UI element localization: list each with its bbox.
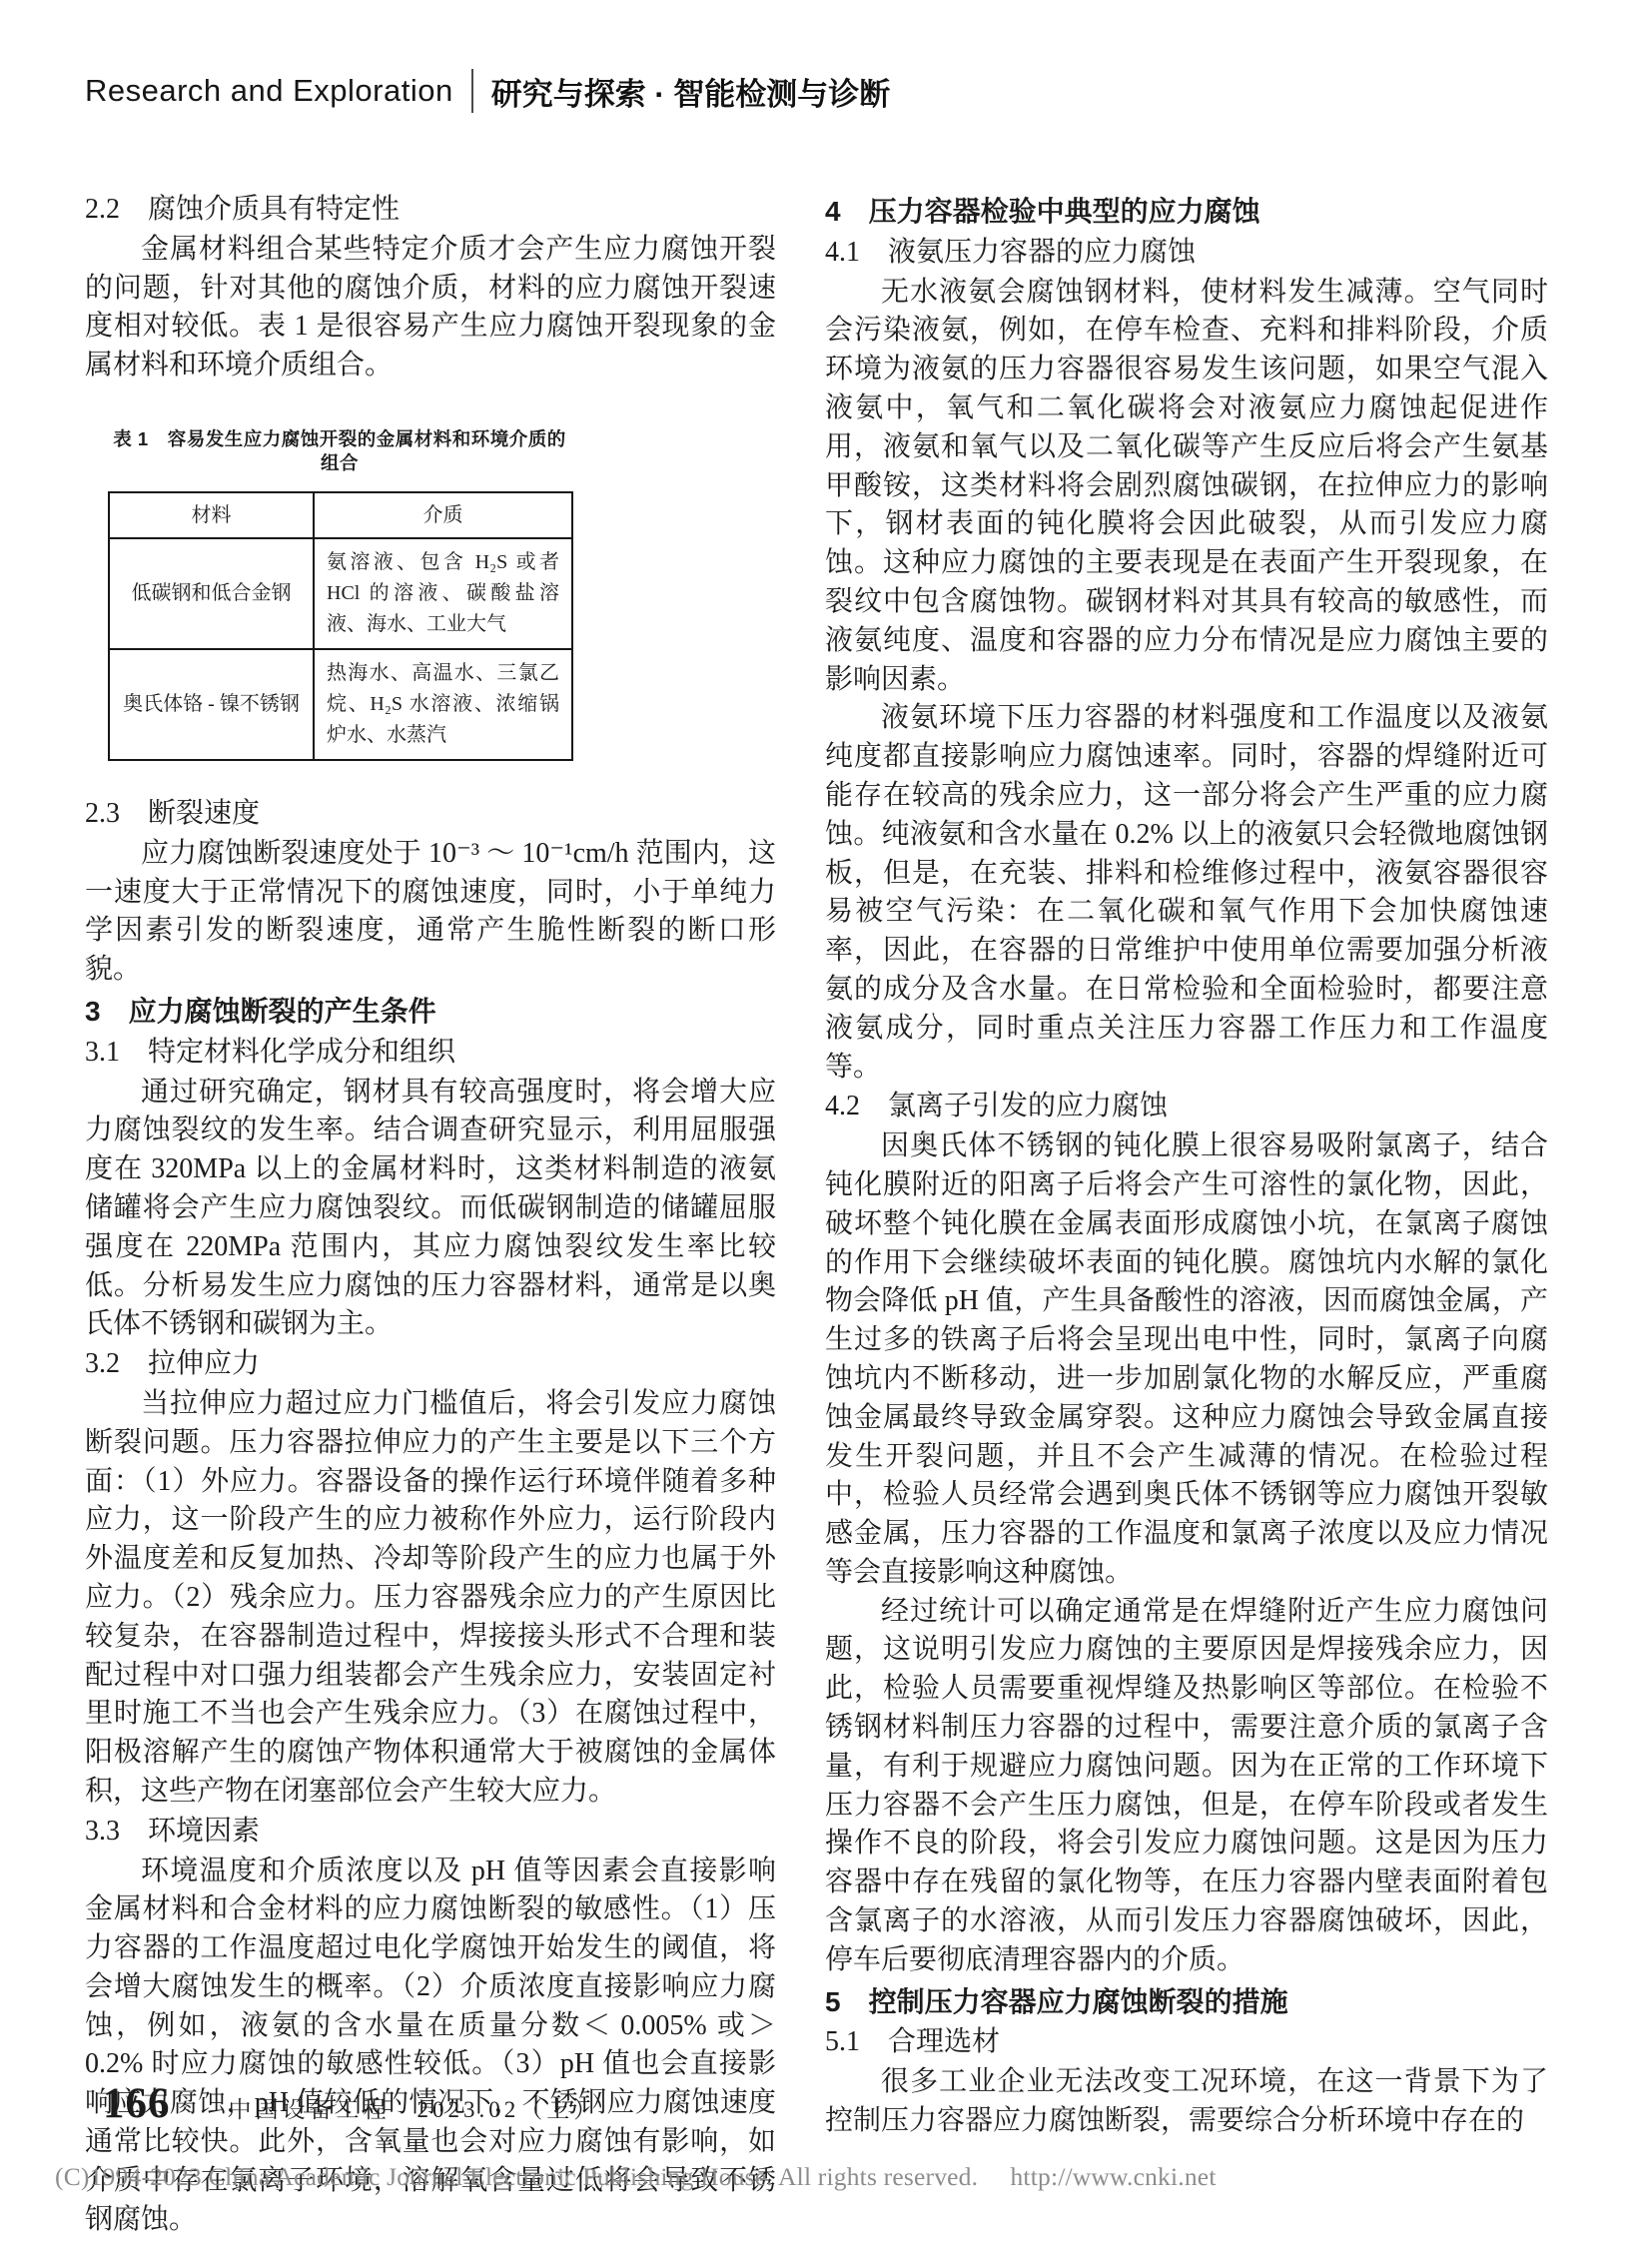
page-header: Research and Exploration 研究与探索 · 智能检测与诊断 bbox=[85, 66, 890, 116]
journal-name-en: Research and Exploration bbox=[85, 73, 453, 109]
table-col-medium: 介质 bbox=[314, 492, 572, 538]
paragraph-2-3: 应力腐蚀断裂速度处于 10⁻³ ～ 10⁻¹cm/h 范围内，这一速度大于正常情… bbox=[85, 835, 776, 990]
heading-2-3: 2.3 断裂速度 bbox=[85, 795, 776, 834]
paragraph-4-1a: 无水液氨会腐蚀钢材料，使材料发生减薄。空气同时会污染液氨，例如，在停车检查、充料… bbox=[825, 274, 1548, 700]
paragraph-4-2b: 经过统计可以确定通常是在焊缝附近产生应力腐蚀问题，这说明引发应力腐蚀的主要原因是… bbox=[825, 1593, 1548, 1980]
heading-3-2: 3.2 拉伸应力 bbox=[85, 1345, 776, 1384]
left-column: 2.2 腐蚀介质具有特定性 金属材料组合某些特定介质才会产生应力腐蚀开裂的问题，… bbox=[85, 190, 776, 2239]
heading-4: 4 压力容器检验中典型的应力腐蚀 bbox=[825, 193, 1548, 232]
heading-3-3: 3.3 环境因素 bbox=[85, 1813, 776, 1852]
copyright-notice: (C)1994-2023 China Academic Journal Elec… bbox=[55, 2157, 1217, 2193]
paragraph-3-1: 通过研究确定，钢材具有较高强度时，将会增大应力腐蚀裂纹的发生率。结合调查研究显示… bbox=[85, 1074, 776, 1345]
page-footer: 166 中国设备工程 2023.02（上） bbox=[103, 2079, 600, 2128]
heading-5-1: 5.1 合理选材 bbox=[825, 2023, 1548, 2062]
page-number: 166 bbox=[103, 2079, 171, 2128]
table-row: 奥氏体铬 - 镍不锈钢 热海水、高温水、三氯乙烷、H₂S 水溶液、浓缩锅炉水、水… bbox=[109, 649, 572, 760]
heading-4-2: 4.2 氯离子引发的应力腐蚀 bbox=[825, 1088, 1548, 1126]
table-col-material: 材料 bbox=[109, 492, 314, 538]
column-section-title: 研究与探索 · 智能检测与诊断 bbox=[491, 69, 891, 114]
paragraph-3-2: 当拉伸应力超过应力门槛值后，将会引发应力腐蚀断裂问题。压力容器拉伸应力的产生主要… bbox=[85, 1385, 776, 1812]
scanned-journal-page: Research and Exploration 研究与探索 · 智能检测与诊断… bbox=[0, 0, 1652, 2242]
table-1-title: 表 1 容易发生应力腐蚀开裂的金属材料和环境介质的组合 bbox=[108, 427, 571, 475]
heading-4-1: 4.1 液氨压力容器的应力腐蚀 bbox=[825, 234, 1548, 273]
heading-5: 5 控制压力容器应力腐蚀断裂的措施 bbox=[825, 1983, 1548, 2022]
heading-3-1: 3.1 特定材料化学成分和组织 bbox=[85, 1034, 776, 1073]
table-cell-material: 低碳钢和低合金钢 bbox=[109, 538, 314, 649]
paragraph-4-2a: 因奥氏体不锈钢的钝化膜上很容易吸附氯离子，结合钝化膜附近的阳离子后将会产生可溶性… bbox=[825, 1127, 1548, 1593]
header-divider bbox=[471, 69, 473, 113]
table-cell-medium: 氨溶液、包含 H₂S 或者 HCl 的溶液、碳酸盐溶液、海水、工业大气 bbox=[314, 538, 572, 649]
table-header-row: 材料 介质 bbox=[109, 492, 572, 538]
heading-2-2: 2.2 腐蚀介质具有特定性 bbox=[85, 191, 776, 230]
table-1: 材料 介质 低碳钢和低合金钢 氨溶液、包含 H₂S 或者 HCl 的溶液、碳酸盐… bbox=[108, 491, 573, 761]
table-cell-medium: 热海水、高温水、三氯乙烷、H₂S 水溶液、浓缩锅炉水、水蒸汽 bbox=[314, 649, 572, 760]
paragraph-4-1b: 液氨环境下压力容器的材料强度和工作温度以及液氨纯度都直接影响应力腐蚀速率。同时，… bbox=[825, 699, 1548, 1087]
paragraph-2-2: 金属材料组合某些特定介质才会产生应力腐蚀开裂的问题，针对其他的腐蚀介质，材料的应… bbox=[85, 231, 776, 385]
table-cell-material: 奥氏体铬 - 镍不锈钢 bbox=[109, 649, 314, 760]
journal-issue-label: 中国设备工程 2023.02（上） bbox=[229, 2091, 601, 2124]
paragraph-5-1: 很多工业企业无法改变工况环境，在这一背景下为了控制压力容器应力腐蚀断裂，需要综合… bbox=[825, 2063, 1548, 2141]
heading-3: 3 应力腐蚀断裂的产生条件 bbox=[85, 993, 776, 1032]
right-column: 4 压力容器检验中典型的应力腐蚀 4.1 液氨压力容器的应力腐蚀 无水液氨会腐蚀… bbox=[825, 190, 1548, 2141]
table-row: 低碳钢和低合金钢 氨溶液、包含 H₂S 或者 HCl 的溶液、碳酸盐溶液、海水、… bbox=[109, 538, 572, 649]
table-1-block: 表 1 容易发生应力腐蚀开裂的金属材料和环境介质的组合 材料 介质 低碳钢和低合… bbox=[108, 427, 571, 761]
